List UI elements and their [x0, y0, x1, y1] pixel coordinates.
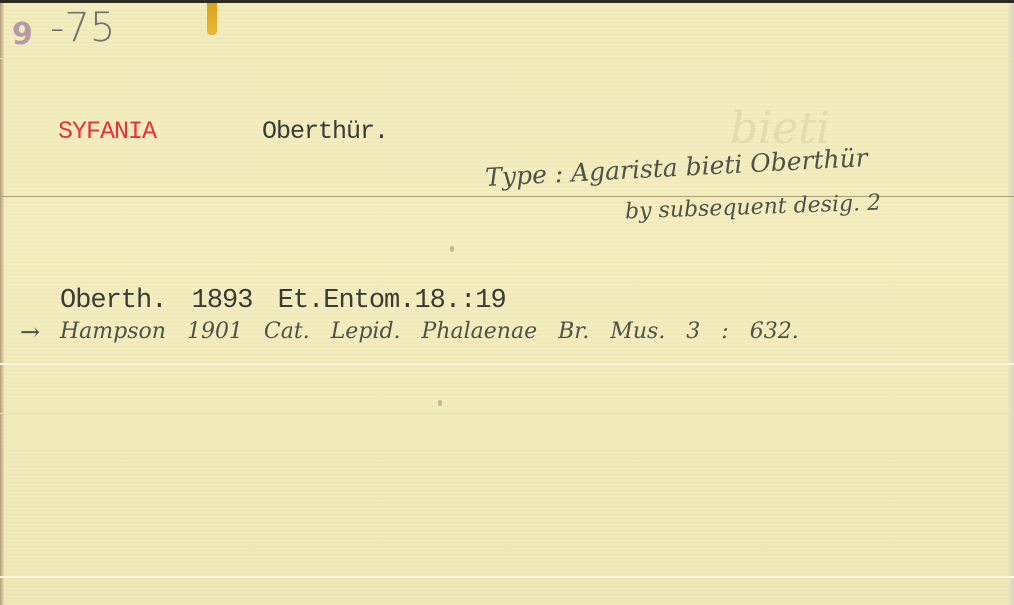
ruled-line: [0, 363, 1014, 365]
card-right-edge: [1008, 3, 1014, 605]
arrow-icon: →: [20, 318, 40, 346]
yellow-tab-mark: [207, 3, 217, 35]
paper-speck: [438, 400, 442, 406]
stamp-number: 9: [12, 17, 34, 52]
original-reference: Oberth. 1893 Et.Entom.18.:19: [60, 286, 506, 316]
index-card: 9 -75 bieti SYFANIA Oberthür. Type : Aga…: [0, 0, 1014, 605]
type-designation-line1: Type : Agarista bieti Oberthür: [485, 143, 869, 192]
secondary-reference: Hampson 1901 Cat. Lepid. Phalaenae Br. M…: [60, 319, 799, 344]
card-left-edge: [0, 3, 4, 605]
card-number-handwritten: -75: [50, 5, 115, 51]
ruled-line: [0, 58, 1014, 59]
genus-name: SYFANIA: [58, 117, 156, 146]
ruled-line: [0, 413, 1014, 414]
genus-author: Oberthür.: [262, 117, 388, 146]
ruled-line: [0, 576, 1014, 578]
paper-speck: [450, 246, 454, 252]
